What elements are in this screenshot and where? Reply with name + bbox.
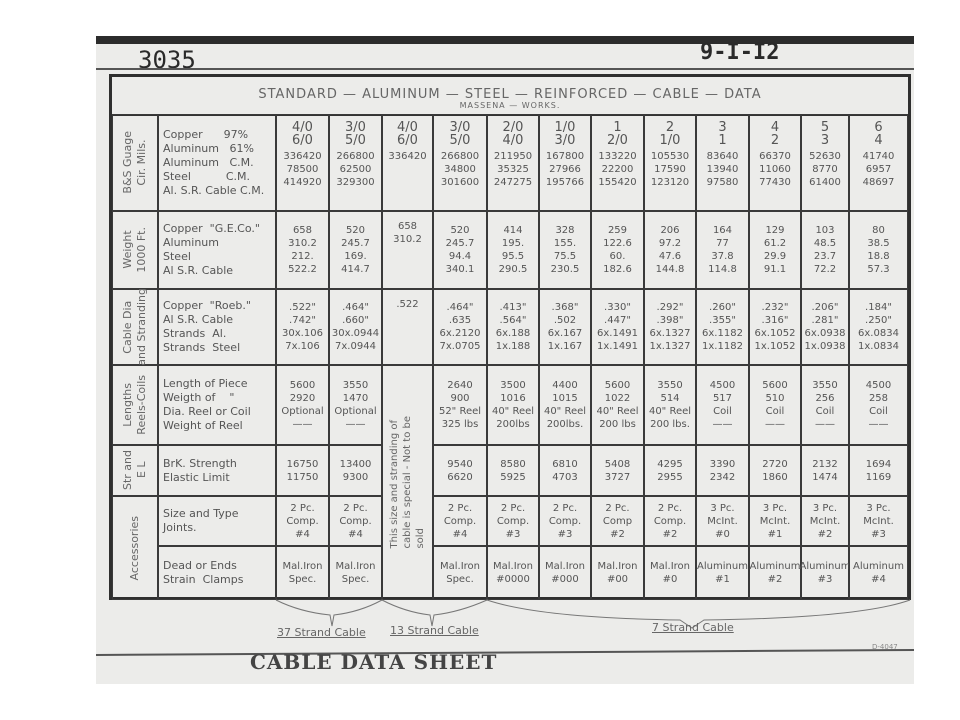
strand-brace-lines [0,0,960,720]
footnote-13-strand: 13 Strand Cable [390,624,479,637]
cable-data-sheet-stamp: CABLE DATA SHEET [250,650,497,674]
footnote-37-strand: 37 Strand Cable [277,626,366,639]
footnote-7-strand: 7 Strand Cable [652,621,734,634]
drawing-number: D-4047 [872,643,898,651]
